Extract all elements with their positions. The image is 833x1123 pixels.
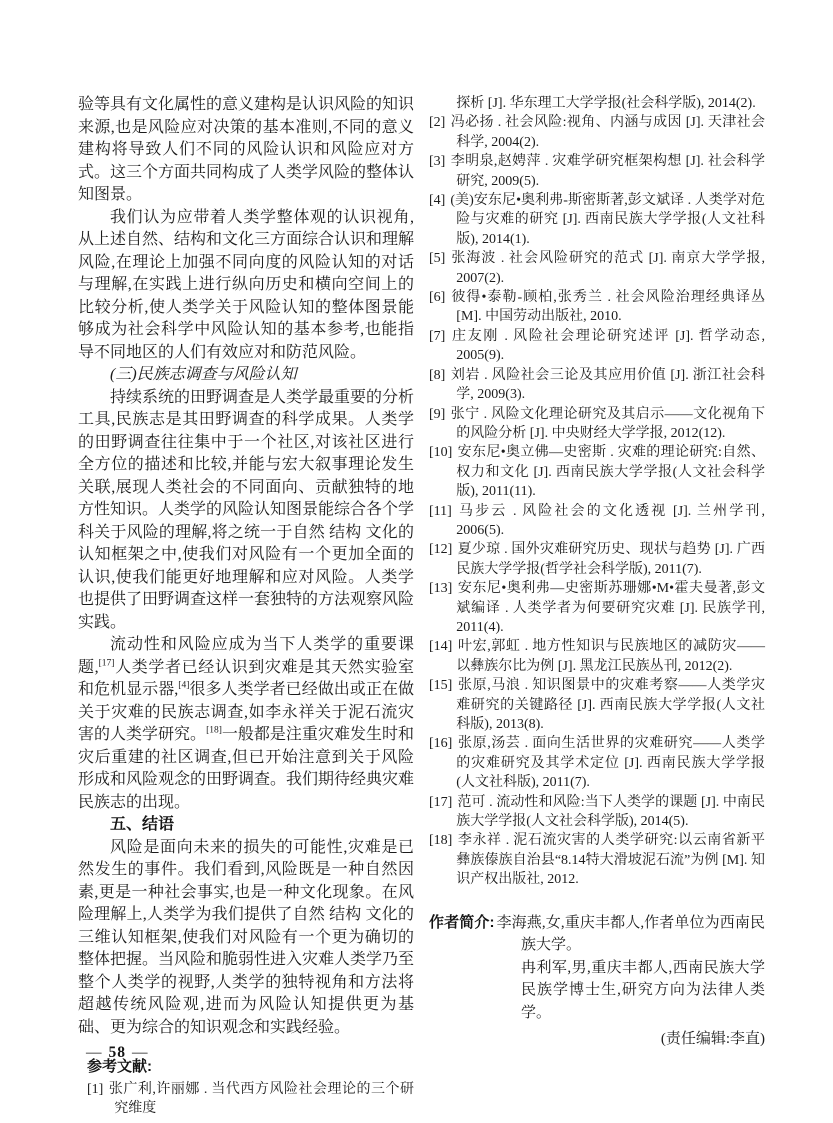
- reference-item-9: [9]张宁 . 风险文化理论研究及其启示——文化视角下的风险分析 [J]. 中央…: [429, 405, 765, 444]
- reference-label: [6]: [429, 290, 445, 305]
- paragraph-conclusion: 风险是面向未来的损失的可能性,灾难是已然发生的事件。我们看到,风险既是一种自然因…: [78, 837, 414, 1040]
- reference-label: [9]: [429, 407, 445, 422]
- paragraph-mobility-risk: 流动性和风险应成为当下人类学的重要课题,[17]人类学者已经认识到灾难是其天然实…: [78, 634, 414, 814]
- reference-label: [4]: [429, 193, 445, 208]
- reference-text: 张海波 . 社会风险研究的范式 [J]. 南京大学学报, 2007(2).: [450, 251, 765, 285]
- editor-note: (责任编辑:李直): [429, 1028, 765, 1051]
- section-subheading-ethnography: (三)民族志调查与风险认知: [78, 364, 414, 387]
- reference-label: [7]: [429, 329, 445, 344]
- reference-item-8: [8]刘岩 . 风险社会三论及其应用价值 [J]. 浙江社会科学, 2009(3…: [429, 366, 765, 405]
- reference-text: 张原,汤芸 . 面向生活世界的灾难研究——人类学的灾难研究及其学术定位 [J].…: [456, 736, 765, 790]
- bio-label: 作者简介:: [429, 914, 494, 931]
- citation-17: [17]: [99, 658, 115, 668]
- reference-text: 张宁 . 风险文化理论研究及其启示——文化视角下的风险分析 [J]. 中央财经大…: [450, 407, 765, 441]
- reference-label: [1]: [87, 1082, 103, 1097]
- reference-label: [16]: [429, 736, 452, 751]
- reference-label: [13]: [429, 581, 452, 596]
- bio-entry-second-author: 冉利军,男,重庆丰都人,西南民族大学民族学博士生,研究方向为法律人类学。: [429, 957, 765, 1025]
- page-number-value: 58: [109, 1044, 127, 1061]
- reference-text: (美)安东尼•奥利弗-斯密斯著,彭文斌译 . 人类学对危险与灾难的研究 [J].…: [450, 193, 765, 247]
- reference-text: 李永祥 . 泥石流灾害的人类学研究:以云南省新平彝族傣族自治县“8.14特大滑坡…: [456, 833, 765, 887]
- reference-text: 彼得•泰勒-顾柏,张秀兰 . 社会风险治理经典译丛 [M]. 中国劳动出版社, …: [450, 290, 765, 324]
- reference-label: [17]: [429, 795, 452, 810]
- reference-label: [14]: [429, 639, 452, 654]
- reference-text: 安东尼•奥立佛—史密斯 . 灾难的理论研究:自然、权力和文化 [J]. 西南民族…: [456, 445, 765, 499]
- reference-label: [3]: [429, 154, 445, 169]
- paragraph-continued: 验等具有文化属性的意义建构是认识风险的知识来源,也是风险应对决策的基本准则,不同…: [78, 94, 414, 207]
- reference-item-5: [5]张海波 . 社会风险研究的范式 [J]. 南京大学学报, 2007(2).: [429, 249, 765, 288]
- bio-text: 李海燕,女,重庆丰都人,作者单位为西南民族大学。: [496, 915, 765, 954]
- reference-text: 张广利,许丽娜 . 当代西方风险社会理论的三个研究维度: [108, 1082, 414, 1116]
- reference-text: 刘岩 . 风险社会三论及其应用价值 [J]. 浙江社会科学, 2009(3).: [450, 368, 765, 402]
- page-number: —58—: [86, 1044, 149, 1062]
- reference-label: [2]: [429, 115, 445, 130]
- reference-label: [18]: [429, 833, 452, 848]
- reference-text: 庄友刚 . 风险社会理论研究述评 [J]. 哲学动态, 2005(9).: [450, 329, 765, 363]
- reference-label: [15]: [429, 678, 452, 693]
- reference-item-14: [14]叶宏,郭虹 . 地方性知识与民族地区的减防灾——以彝族尔比为例 [J].…: [429, 637, 765, 676]
- reference-text: 冯必扬 . 社会风险:视角、内涵与成因 [J]. 天津社会科学, 2004(2)…: [450, 115, 765, 149]
- reference-item-15: [15]张原,马浪 . 知识图景中的灾难考察——人类学灾难研究的关键路径 [J]…: [429, 676, 765, 734]
- reference-item-6: [6]彼得•泰勒-顾柏,张秀兰 . 社会风险治理经典译丛 [M]. 中国劳动出版…: [429, 288, 765, 327]
- right-column: 探析 [J]. 华东理工大学学报(社会科学版), 2014(2). [2]冯必扬…: [429, 94, 765, 1051]
- reference-item-2: [2]冯必扬 . 社会风险:视角、内涵与成因 [J]. 天津社会科学, 2004…: [429, 113, 765, 152]
- journal-page: 验等具有文化属性的意义建构是认识风险的知识来源,也是风险应对决策的基本准则,不同…: [0, 0, 833, 1123]
- reference-label: [12]: [429, 542, 452, 557]
- reference-item-7: [7]庄友刚 . 风险社会理论研究述评 [J]. 哲学动态, 2005(9).: [429, 327, 765, 366]
- reference-item-17: [17]范可 . 流动性和风险:当下人类学的课题 [J]. 中南民族大学学报(人…: [429, 793, 765, 832]
- reference-item-18: [18]李永祥 . 泥石流灾害的人类学研究:以云南省新平彝族傣族自治县“8.14…: [429, 831, 765, 889]
- reference-item-1: [1]张广利,许丽娜 . 当代西方风险社会理论的三个研究维度: [87, 1080, 414, 1119]
- page-number-dash-right: —: [132, 1044, 149, 1061]
- reference-item-13: [13]安东尼•奥利弗—史密斯苏珊娜•M•霍夫曼著,彭文斌编译 . 人类学者为何…: [429, 579, 765, 637]
- conclusion-heading: 五、结语: [78, 814, 414, 837]
- reference-text: 范可 . 流动性和风险:当下人类学的课题 [J]. 中南民族大学学报(人文社会科…: [456, 795, 765, 829]
- reference-label: [11]: [429, 504, 452, 519]
- citation-4: [4]: [178, 681, 189, 691]
- author-bio: 作者简介:李海燕,女,重庆丰都人,作者单位为西南民族大学。 冉利军,男,重庆丰都…: [429, 912, 765, 1051]
- paragraph-holistic-view: 我们认为应带着人类学整体观的认识视角,从上述自然、结构和文化三方面综合认识和理解…: [78, 207, 414, 365]
- references-section-start: 参考文献: [1]张广利,许丽娜 . 当代西方风险社会理论的三个研究维度: [78, 1055, 414, 1119]
- reference-label: [10]: [429, 445, 452, 460]
- reference-text: 马步云 . 风险社会的文化透视 [J]. 兰州学刊, 2006(5).: [456, 504, 765, 538]
- left-column: 验等具有文化属性的意义建构是认识风险的知识来源,也是风险应对决策的基本准则,不同…: [78, 94, 414, 1119]
- paragraph-fieldwork: 持续系统的田野调查是人类学最重要的分析工具,民族志是其田野调查的科学成果。人类学…: [78, 387, 414, 635]
- reference-text: 张原,马浪 . 知识图景中的灾难考察——人类学灾难研究的关键路径 [J]. 西南…: [456, 678, 765, 732]
- reference-text: 叶宏,郭虹 . 地方性知识与民族地区的减防灾——以彝族尔比为例 [J]. 黑龙江…: [456, 639, 765, 673]
- reference-1-continuation: 探析 [J]. 华东理工大学学报(社会科学版), 2014(2).: [429, 94, 765, 113]
- reference-text: 李明泉,赵娉萍 . 灾难学研究框架构想 [J]. 社会科学研究, 2009(5)…: [450, 154, 765, 188]
- reference-item-11: [11]马步云 . 风险社会的文化透视 [J]. 兰州学刊, 2006(5).: [429, 502, 765, 541]
- reference-item-16: [16]张原,汤芸 . 面向生活世界的灾难研究——人类学的灾难研究及其学术定位 …: [429, 734, 765, 792]
- reference-label: [5]: [429, 251, 445, 266]
- reference-label: [8]: [429, 368, 445, 383]
- reference-item-4: [4](美)安东尼•奥利弗-斯密斯著,彭文斌译 . 人类学对危险与灾难的研究 […: [429, 191, 765, 249]
- citation-18: [18]: [206, 726, 222, 736]
- reference-text: 安东尼•奥利弗—史密斯苏珊娜•M•霍夫曼著,彭文斌编译 . 人类学者为何要研究灾…: [456, 581, 765, 635]
- page-number-dash-left: —: [86, 1044, 103, 1061]
- bio-entry-first-author: 作者简介:李海燕,女,重庆丰都人,作者单位为西南民族大学。: [429, 912, 765, 957]
- reference-item-12: [12]夏少琼 . 国外灾难研究历史、现状与趋势 [J]. 广西民族大学学报(哲…: [429, 540, 765, 579]
- reference-item-3: [3]李明泉,赵娉萍 . 灾难学研究框架构想 [J]. 社会科学研究, 2009…: [429, 152, 765, 191]
- reference-item-10: [10]安东尼•奥立佛—史密斯 . 灾难的理论研究:自然、权力和文化 [J]. …: [429, 443, 765, 501]
- reference-text: 夏少琼 . 国外灾难研究历史、现状与趋势 [J]. 广西民族大学学报(哲学社会科…: [456, 542, 765, 576]
